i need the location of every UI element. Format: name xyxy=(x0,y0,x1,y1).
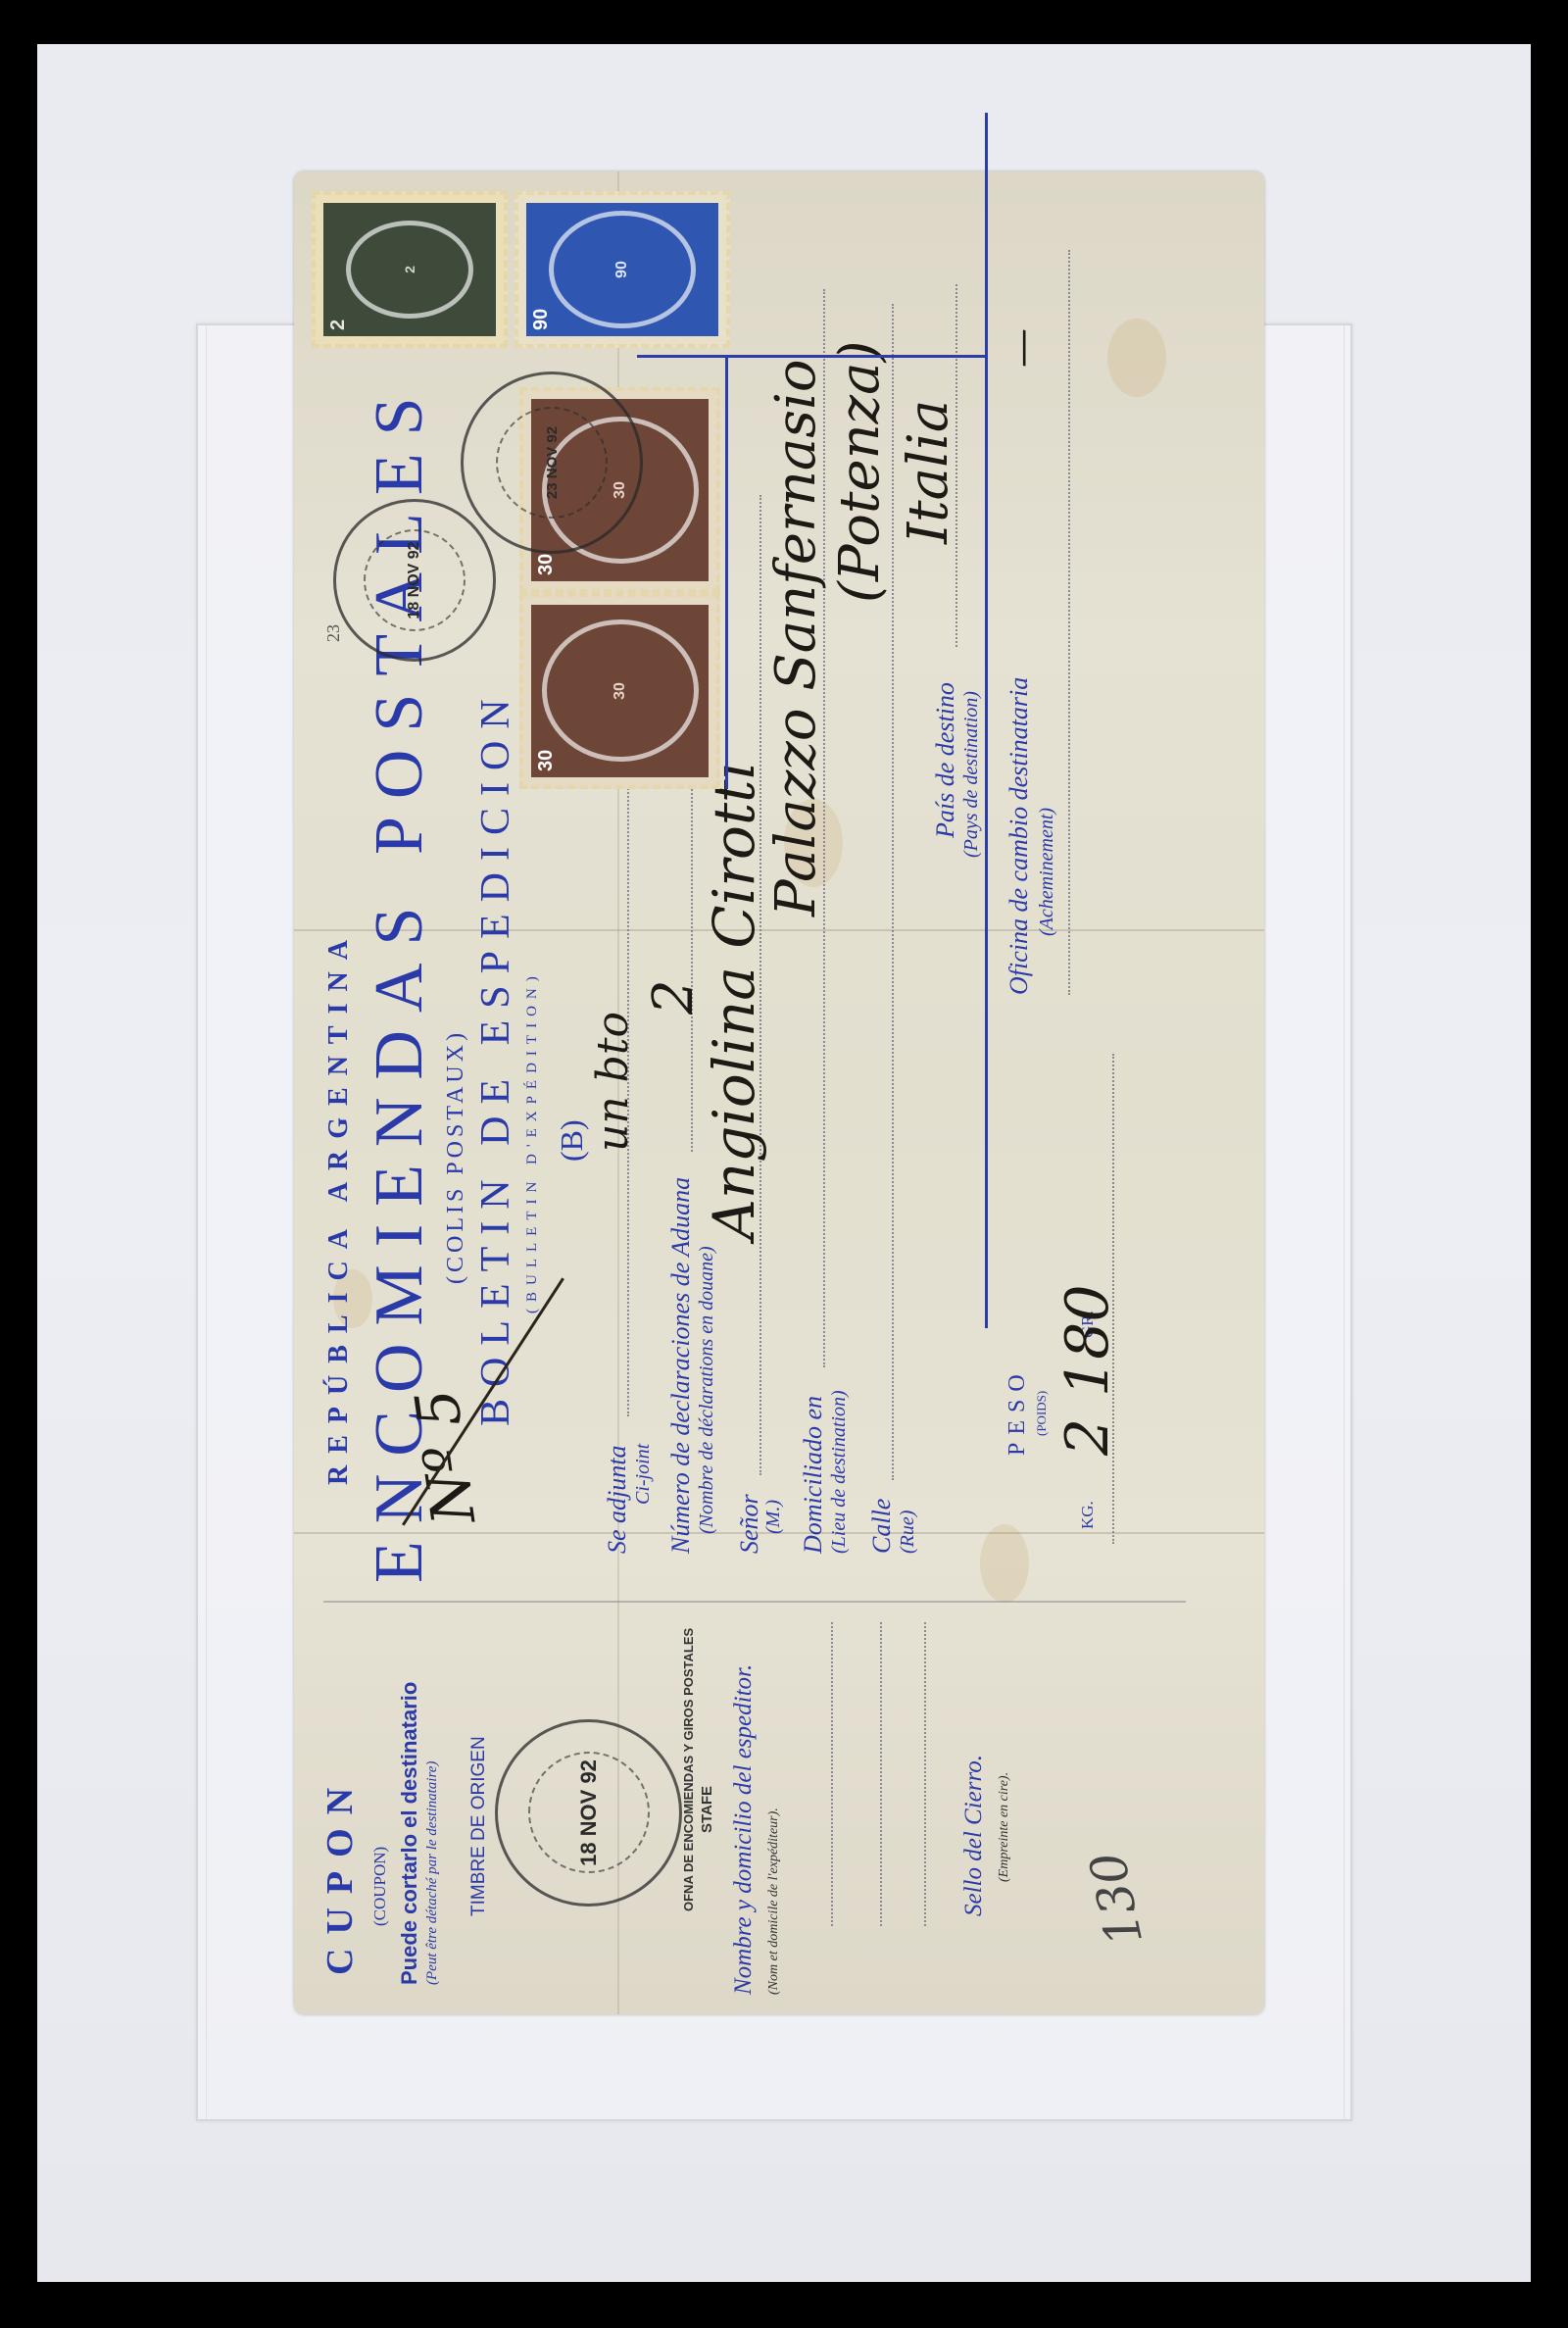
oficina-fr: (Acheminement) xyxy=(1036,808,1058,936)
form-number: 23 xyxy=(323,624,344,642)
oficina-line xyxy=(1068,250,1070,995)
declaraciones-value: 2 xyxy=(642,979,706,1015)
sender-label: Nombre y domicilio del espeditor. xyxy=(730,1664,758,1995)
sender-line-1 xyxy=(831,1622,833,1926)
calle-line xyxy=(892,304,894,1480)
parcel-post-form: CUPON (COUPON) Puede cortarlo el destina… xyxy=(294,172,1264,2014)
declaraciones-label: Número de declaraciones de Aduana xyxy=(666,1177,696,1554)
peso-fr: (POIDS) xyxy=(1034,1391,1050,1436)
calle-fr: (Rue) xyxy=(897,1511,919,1554)
weight-line xyxy=(1112,1054,1114,1544)
form-series: (B) xyxy=(554,1119,590,1162)
form-title-fr: (COLIS POSTAUX) xyxy=(443,1029,469,1284)
senor-value: Angiolina Cirotti xyxy=(701,762,767,1240)
senor-label: Señor xyxy=(735,1494,764,1554)
blue-frame-line xyxy=(985,113,988,1328)
stamp-cancel-postmark: 23 NOV 92 xyxy=(461,371,643,554)
kg-label: KG. xyxy=(1078,1501,1098,1529)
coupon-number: 130 xyxy=(1079,1848,1154,1951)
coupon-title: CUPON xyxy=(318,1774,362,1975)
adjunta-value: un bto xyxy=(588,1012,638,1152)
coupon-instruction: Puede cortarlo el destinatario xyxy=(397,1682,422,1985)
origin-postmark-ring: OFNA DE ENCOMIENDAS Y GIROS POSTALES xyxy=(681,1628,696,1911)
oficina-value: — xyxy=(1000,328,1045,368)
coupon-instruction-fr: (Peut être détaché par le destinataire) xyxy=(424,1761,441,1985)
sender-label-fr: (Nom et domicile de l'expéditeur). xyxy=(766,1808,782,1995)
pais-fr: (Pays de destination) xyxy=(960,691,983,858)
oficina-label: Oficina de cambio destinataria xyxy=(1004,677,1034,995)
postal-form-wrapper: CUPON (COUPON) Puede cortarlo el destina… xyxy=(294,172,1274,2014)
stamp-2-centavos: 2 2 xyxy=(312,191,508,348)
adjunta-fr: Ci-joint xyxy=(632,1444,655,1505)
senor-fr: (M.) xyxy=(762,1500,785,1534)
peso-label: PESO xyxy=(1004,1366,1031,1456)
domicilio-fr: (Lieu de destination) xyxy=(828,1390,851,1554)
blue-frame-vertical xyxy=(637,355,988,358)
domicilio-province: (Potenza) xyxy=(828,341,892,603)
declaraciones-fr: (Nombre de déclarations en douane) xyxy=(696,1246,718,1534)
form-subtitle-fr: (BULLETIN D'EXPÉDITION) xyxy=(524,969,541,1313)
stamp-30-centavos-b: 30 30 xyxy=(519,593,720,789)
seal-label: Sello del Cierro. xyxy=(960,1755,988,1916)
pais-line xyxy=(955,284,957,647)
arrival-postmark: 18 NOV 92 xyxy=(333,499,496,662)
sender-line-3 xyxy=(924,1622,926,1926)
coupon-separator xyxy=(323,1601,1186,1603)
origin-postmark-place: STAFE xyxy=(699,1786,715,1833)
stamp-90-centavos: 90 90 xyxy=(514,191,730,348)
adjunta-label: Se adjunta xyxy=(603,1446,632,1555)
pais-value-hand: Italia xyxy=(897,400,960,544)
domicilio-value: Palazzo Sanfernasio xyxy=(764,359,828,916)
domicilio-label: Domiciliado en xyxy=(799,1396,828,1554)
calle-label: Calle xyxy=(867,1499,897,1554)
country-heading: REPÚBLICA ARGENTINA xyxy=(323,928,355,1485)
origin-stamp-label: TIMBRE DE ORIGEN xyxy=(468,1736,490,1916)
origin-postmark: 18 NOV 92 xyxy=(495,1719,682,1907)
pais-label: País de destino xyxy=(931,682,960,838)
coupon-title-fr: (COUPON) xyxy=(370,1847,390,1926)
seal-label-fr: (Empreinte en cire). xyxy=(997,1772,1012,1882)
stamp-box-border xyxy=(725,358,728,789)
form-subtitle: BOLETIN DE ESPEDICION xyxy=(472,687,519,1426)
sender-line-2 xyxy=(880,1622,882,1926)
